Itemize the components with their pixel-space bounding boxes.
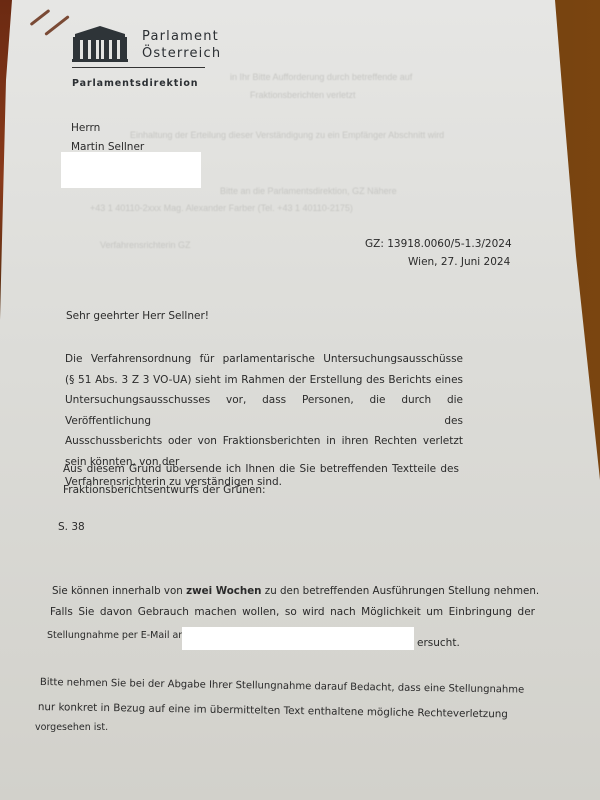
closing-note-line2: nur konkret in Bezug auf eine im übermit… <box>38 701 508 720</box>
closing-note-line3: vorgesehen ist. <box>35 722 108 733</box>
institution-name: Parlament Österreich <box>142 28 221 62</box>
letterhead-divider <box>72 67 205 68</box>
closing-note-line1: Bitte nehmen Sie bei der Abgabe Ihrer St… <box>40 677 524 696</box>
show-through-text: Verfahrensrichterin GZ <box>100 240 191 250</box>
email-request-label: Stellungnahme per E-Mail an <box>47 630 184 641</box>
page-reference: S. 38 <box>58 521 85 533</box>
recipient-salutation: Herrn <box>71 122 100 134</box>
greeting: Sehr geehrter Herr Sellner! <box>66 310 209 322</box>
deadline-sentence: Sie können innerhalb von zwei Wochen zu … <box>52 585 539 597</box>
parliament-building-icon <box>72 26 128 62</box>
redacted-email <box>182 627 414 650</box>
redacted-address <box>61 152 201 188</box>
pen-mark <box>30 9 51 26</box>
letter-date: Wien, 27. Juni 2024 <box>408 256 510 268</box>
show-through-text: Fraktionsberichten verletzt <box>250 90 356 100</box>
deadline-emphasis: zwei Wochen <box>186 585 261 597</box>
department-name: Parlamentsdirektion <box>72 78 198 89</box>
letter-paper: in Ihr Bitte Aufforderung durch betreffe… <box>0 0 600 800</box>
show-through-text: in Ihr Bitte Aufforderung durch betreffe… <box>230 72 412 82</box>
request-sentence: Falls Sie davon Gebrauch machen wollen, … <box>50 606 535 618</box>
reference-number: GZ: 13918.0060/5-1.3/2024 <box>365 238 512 250</box>
pen-mark <box>44 15 69 36</box>
show-through-text: Bitte an die Parlamentsdirektion, GZ Näh… <box>220 186 397 196</box>
email-request-end: ersucht. <box>417 637 460 649</box>
paragraph-transmission: Aus diesem Grund übersende ich Ihnen die… <box>63 459 459 500</box>
show-through-text: Einhaltung der Erteilung dieser Verständ… <box>130 130 444 140</box>
show-through-text: +43 1 40110-2xxx Mag. Alexander Farber (… <box>90 203 353 213</box>
